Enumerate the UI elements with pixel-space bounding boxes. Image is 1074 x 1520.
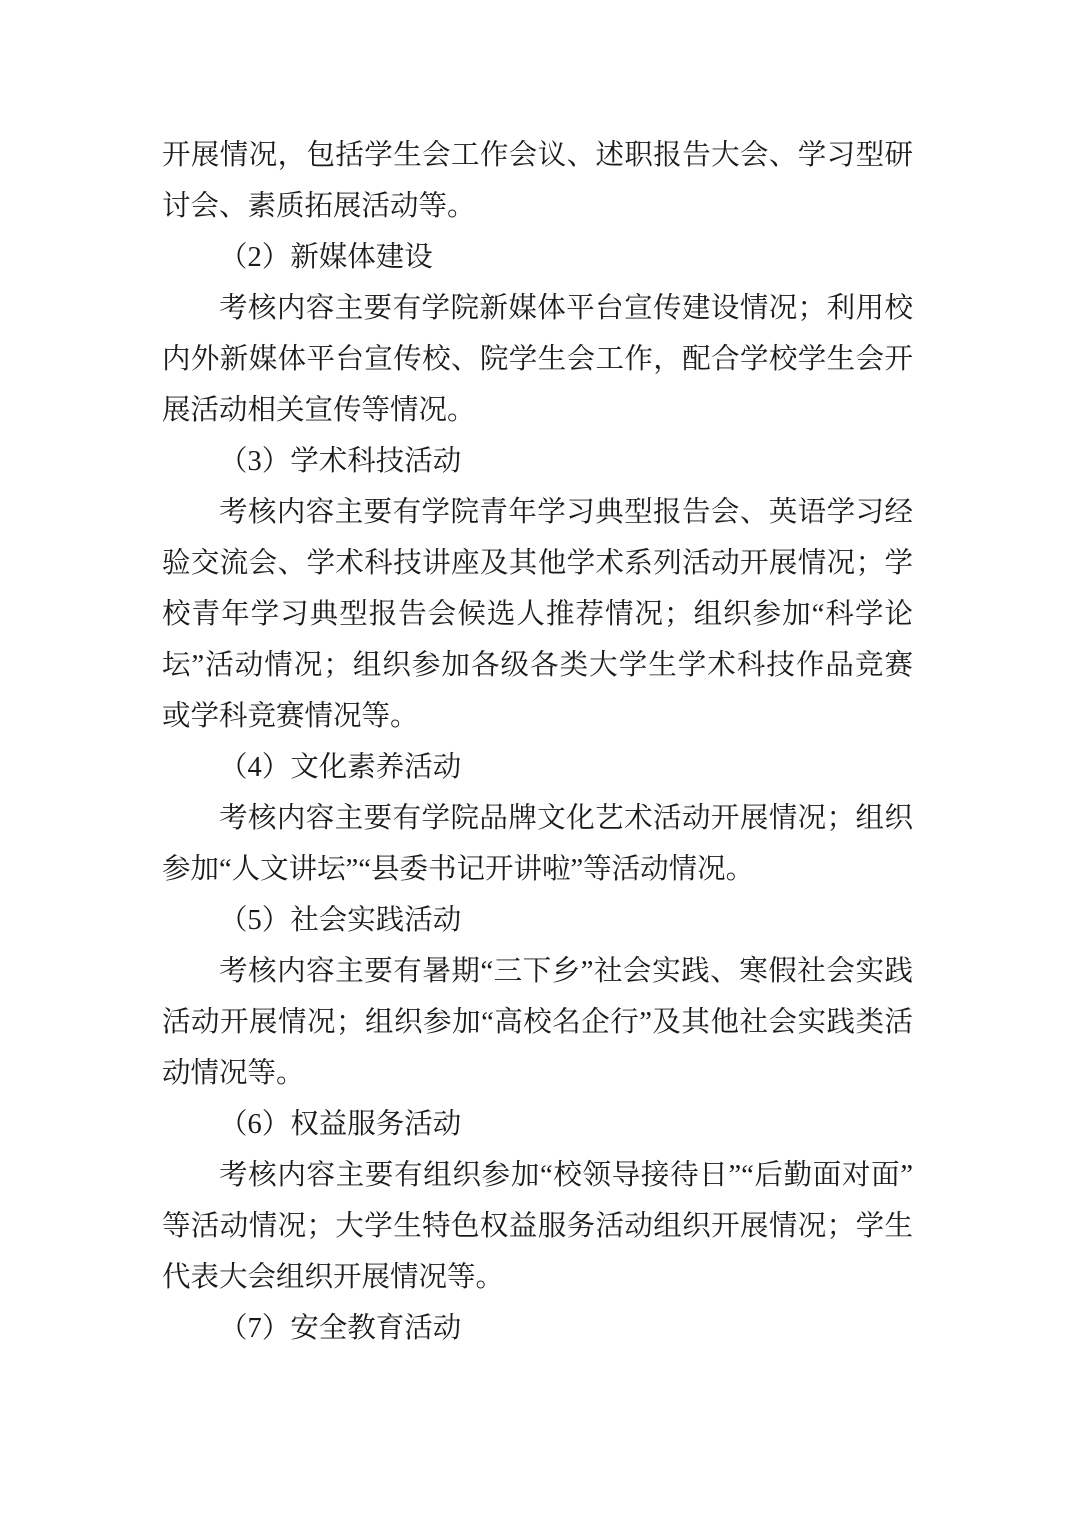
section-heading-safety-education: （7）安全教育活动: [162, 1303, 913, 1354]
document-body: 开展情况，包括学生会工作会议、述职报告大会、学习型研讨会、素质拓展活动等。 （2…: [162, 130, 913, 1354]
paragraph-cultural-literacy: 考核内容主要有学院品牌文化艺术活动开展情况；组织参加“人文讲坛”“县委书记开讲啦…: [162, 793, 913, 895]
document-page: 开展情况，包括学生会工作会议、述职报告大会、学习型研讨会、素质拓展活动等。 （2…: [0, 0, 1074, 1520]
section-heading-academic-science: （3）学术科技活动: [162, 436, 913, 487]
paragraph-continuation: 开展情况，包括学生会工作会议、述职报告大会、学习型研讨会、素质拓展活动等。: [162, 130, 913, 232]
paragraph-rights-services: 考核内容主要有组织参加“校领导接待日”“后勤面对面”等活动情况；大学生特色权益服…: [162, 1150, 913, 1303]
paragraph-social-practice: 考核内容主要有暑期“三下乡”社会实践、寒假社会实践活动开展情况；组织参加“高校名…: [162, 946, 913, 1099]
section-heading-rights-services: （6）权益服务活动: [162, 1099, 913, 1150]
section-heading-social-practice: （5）社会实践活动: [162, 895, 913, 946]
section-heading-cultural-literacy: （4）文化素养活动: [162, 742, 913, 793]
section-heading-new-media: （2）新媒体建设: [162, 232, 913, 283]
paragraph-new-media: 考核内容主要有学院新媒体平台宣传建设情况；利用校内外新媒体平台宣传校、院学生会工…: [162, 283, 913, 436]
paragraph-academic-science: 考核内容主要有学院青年学习典型报告会、英语学习经验交流会、学术科技讲座及其他学术…: [162, 487, 913, 742]
